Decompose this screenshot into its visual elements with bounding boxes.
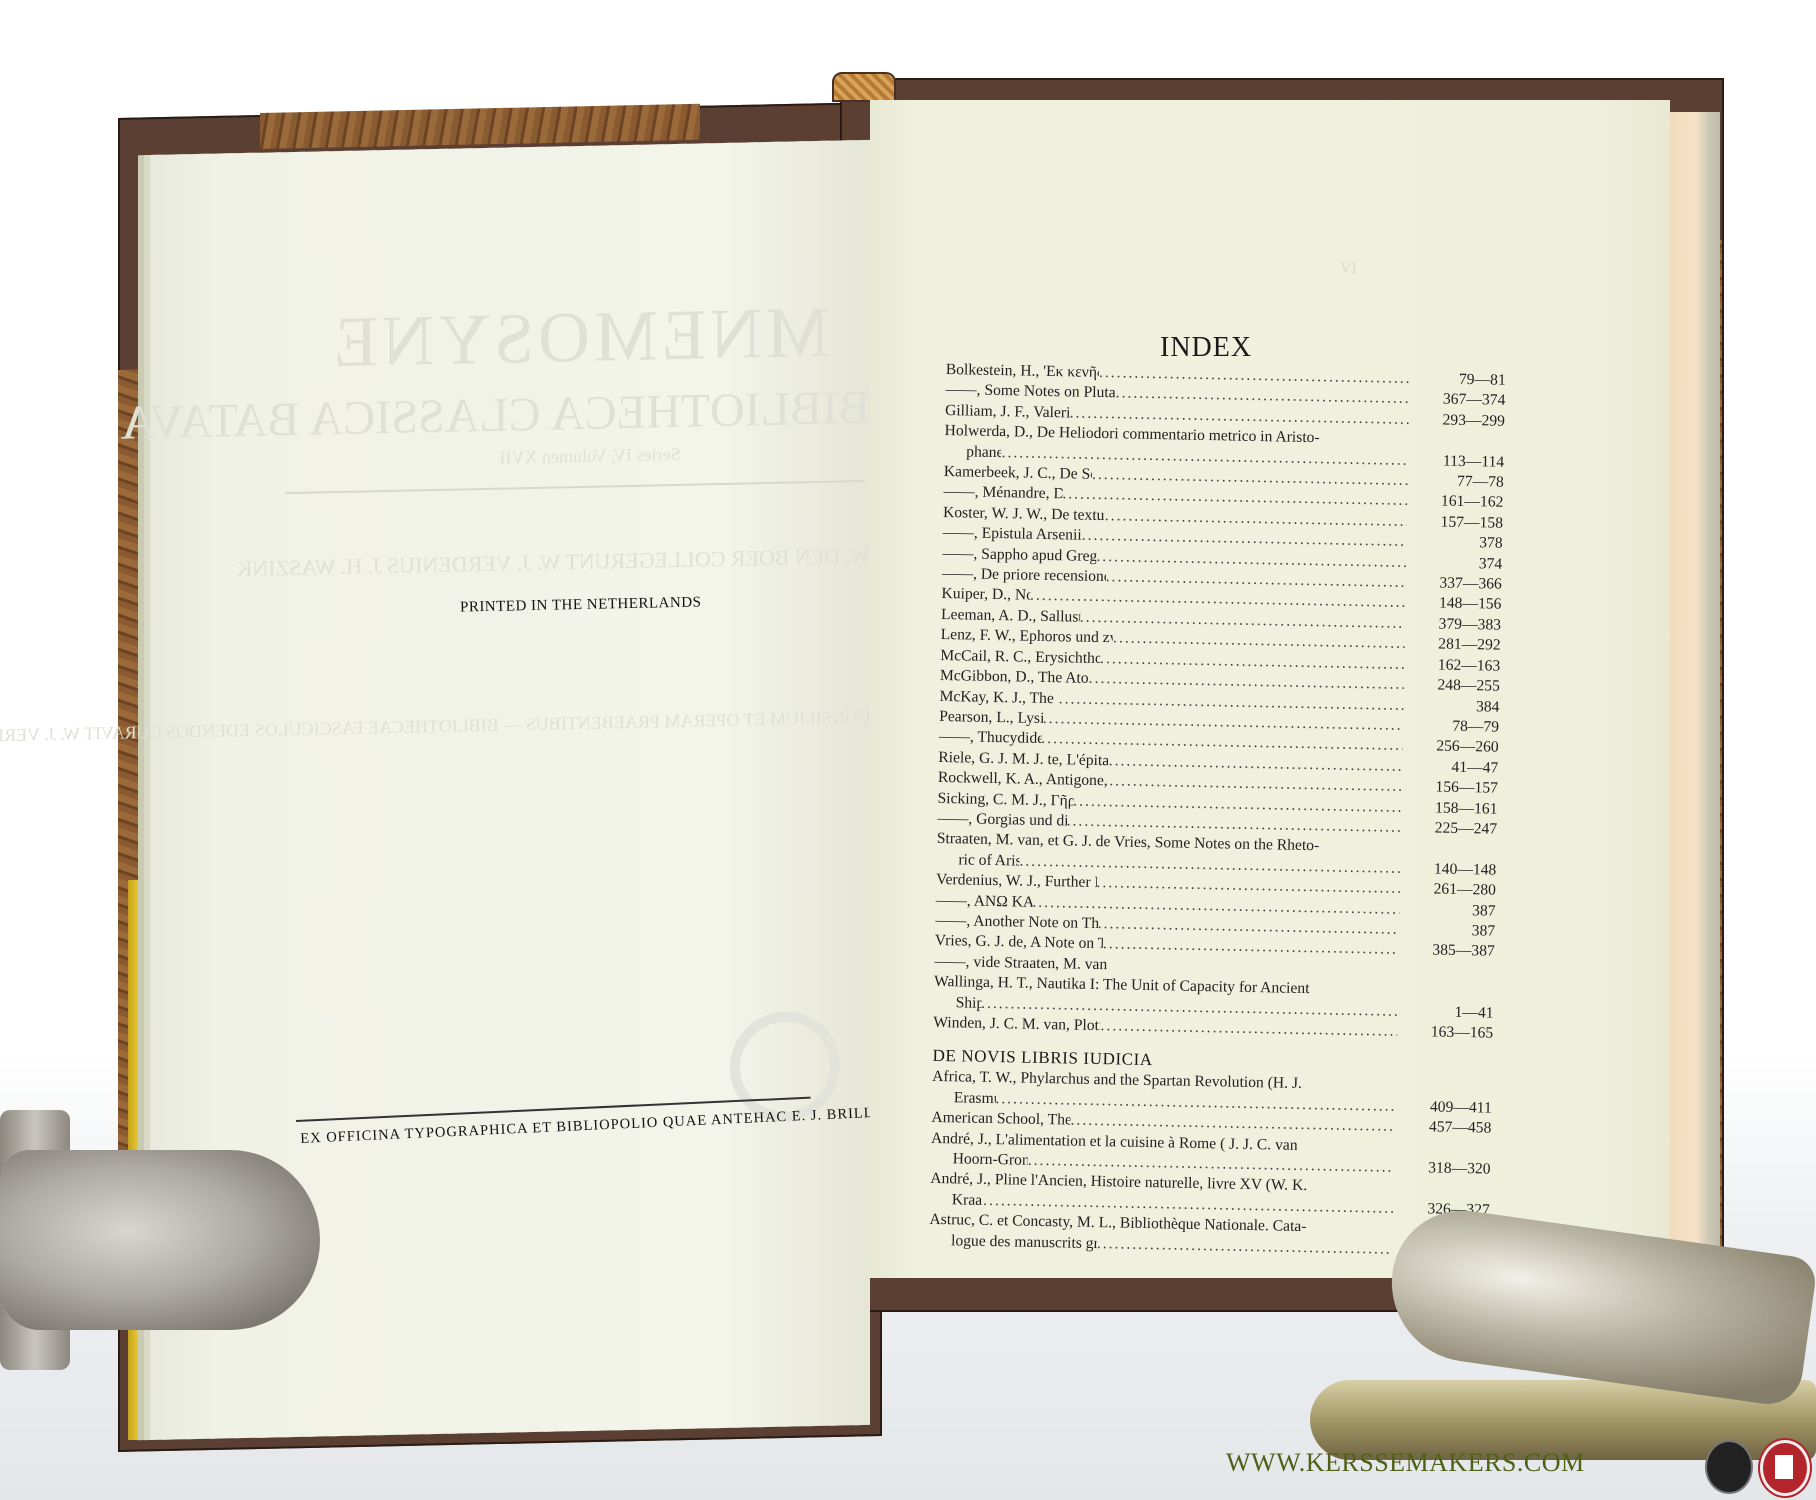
entry-text: Erasmus) xyxy=(932,1088,996,1110)
entry-text: Bolkestein, H., 'Εκ κενῆς. P. Corn. inv.… xyxy=(946,360,1100,383)
leader-dots xyxy=(1107,969,1398,975)
entry-pages: 79—81 xyxy=(1410,369,1506,391)
silver-hand-bookend-left xyxy=(0,1150,320,1330)
entry-pages xyxy=(1398,975,1494,977)
entry-pages: 293—299 xyxy=(1409,410,1505,432)
entry-pages: 248—255 xyxy=(1404,675,1500,697)
entry-text: Kraak) xyxy=(930,1190,984,1211)
entry-text: Leeman, A. D., Sallust. Ep. ad Caes. II xyxy=(941,605,1080,628)
leader-dots xyxy=(1309,993,1397,995)
entry-pages: 78—79 xyxy=(1403,716,1499,738)
entry-pages: 256—260 xyxy=(1402,736,1498,758)
entry-pages: 318—320 xyxy=(1394,1158,1490,1180)
leader-dots xyxy=(1306,1231,1393,1233)
leader-dots xyxy=(1100,1016,1397,1042)
entry-text: ——, Thucydides II 16, 1 xyxy=(939,727,1042,749)
leader-dots xyxy=(1320,442,1409,444)
entry-text: Ships xyxy=(933,992,981,1013)
entry-pages: 409—411 xyxy=(1396,1097,1492,1119)
entry-pages xyxy=(1398,995,1494,997)
entry-text: ——, ΑΝΩ ΚΑΙ ΚΑΤΩ xyxy=(935,890,1032,912)
entry-text: Winden, J. C. M. van, Plotinus Enn. III … xyxy=(933,1013,1101,1037)
amor-librorum-logo-icon xyxy=(1760,1440,1810,1496)
entry-pages: 148—156 xyxy=(1405,593,1501,615)
leader-dots xyxy=(1307,1191,1394,1193)
entry-text: phanem xyxy=(944,442,1002,464)
entry-pages: 163—165 xyxy=(1397,1022,1493,1044)
entry-pages: 387 xyxy=(1399,899,1495,921)
entry-text: American School, The Athenian Agora xyxy=(931,1108,1071,1131)
entry-pages xyxy=(1401,852,1497,854)
entry-text: McKay, K. J., The Fury's Coats xyxy=(939,686,1059,709)
entry-pages: 162—163 xyxy=(1404,655,1500,677)
entry-text: McGibbon, D., The Atomists and Melissus xyxy=(940,666,1089,689)
entry-text: Kamerbeek, J. C., De Sophoclis Aiace 360 xyxy=(944,462,1093,485)
entry-text: logue des manuscrits grecs (W. J. Verden… xyxy=(929,1230,1097,1254)
entry-text: Pearson, L., Lysias VII 12 xyxy=(939,707,1043,729)
entry-pages: 384 xyxy=(1403,695,1499,717)
entry-text: ——, Ménandre, Dyscolos 247 xyxy=(943,482,1062,505)
entry-pages: 374 xyxy=(1406,553,1502,575)
show-through-series: Series IV, Volumen XVII xyxy=(440,443,740,470)
spine-headband xyxy=(832,72,896,102)
index-list: Bolkestein, H., 'Εκ κενῆς. P. Corn. inv.… xyxy=(929,360,1506,1262)
entry-pages: 337—366 xyxy=(1406,573,1502,595)
entry-text: Sicking, C. M. J., Γῆρας - Γηρυτάδης xyxy=(937,788,1073,811)
entry-pages: 158—161 xyxy=(1401,797,1497,819)
entry-pages: 156—157 xyxy=(1402,777,1498,799)
entry-pages xyxy=(1394,1192,1490,1194)
antiquarian-logo-icon xyxy=(1705,1440,1753,1494)
show-through-rule xyxy=(285,480,865,494)
entry-text: Hoorn-Groneman) xyxy=(930,1149,1028,1171)
entry-text: ric of Aristotle xyxy=(936,850,1020,872)
show-through-title: MNEMOSYNE xyxy=(290,290,870,385)
entry-pages: 367—374 xyxy=(1409,389,1505,411)
entry-text: ——, Gorgias und die Philosophen xyxy=(937,809,1067,832)
leader-dots xyxy=(1298,1150,1395,1152)
entry-pages: 1—41 xyxy=(1397,1001,1493,1023)
entry-pages: 385—387 xyxy=(1399,940,1495,962)
show-through-stamp xyxy=(730,1011,840,1123)
entry-text: ——, Epistula Arsenii pseudoanecdota xyxy=(942,523,1082,546)
show-through-subtitle: BIBLIOTHECA CLASSICA BATAVA xyxy=(270,380,870,448)
entry-text: Kuiper, D., Non falsa xyxy=(941,584,1030,606)
show-through-names: W. DEN BOER COLLEGERUNT W. J. VERDENIUS … xyxy=(270,530,870,595)
entry-pages: 77—78 xyxy=(1408,471,1504,493)
entry-pages xyxy=(1408,444,1504,446)
show-through-list: CONSILIUM ET OPERAM PRAEBENTIBUS — BIBLI… xyxy=(270,700,870,747)
entry-pages: 281—292 xyxy=(1404,634,1500,656)
entry-pages: 157—158 xyxy=(1407,512,1503,534)
entry-pages: 261—280 xyxy=(1400,879,1496,901)
entry-pages: 113—114 xyxy=(1408,451,1504,473)
entry-pages: 457—458 xyxy=(1395,1117,1491,1139)
wood-grain-top xyxy=(260,104,700,149)
website-watermark: WWW.KERSSEMAKERS.COM xyxy=(1226,1448,1585,1478)
entry-pages xyxy=(1396,1090,1492,1092)
entry-pages: 379—383 xyxy=(1405,614,1501,636)
entry-pages: 41—47 xyxy=(1402,757,1498,779)
entry-pages: 161—162 xyxy=(1407,491,1503,513)
entry-pages: 387 xyxy=(1399,920,1495,942)
leader-dots xyxy=(1302,1088,1396,1090)
silver-hand-bookend-right xyxy=(1382,1202,1816,1409)
entry-pages: 225—247 xyxy=(1401,818,1497,840)
entry-pages xyxy=(1395,1151,1491,1153)
show-through-page-number: VI xyxy=(1340,260,1357,278)
entry-text: ——, Sappho apud Gregorium Nazianzenum xyxy=(942,544,1097,567)
entry-text: Gilliam, J. F., Valerius Titanianus xyxy=(945,401,1070,424)
leader-dots xyxy=(1319,851,1400,853)
entry-pages: 378 xyxy=(1406,532,1502,554)
index-title: INDEX xyxy=(1160,332,1252,364)
entry-pages: 140—148 xyxy=(1400,859,1496,881)
